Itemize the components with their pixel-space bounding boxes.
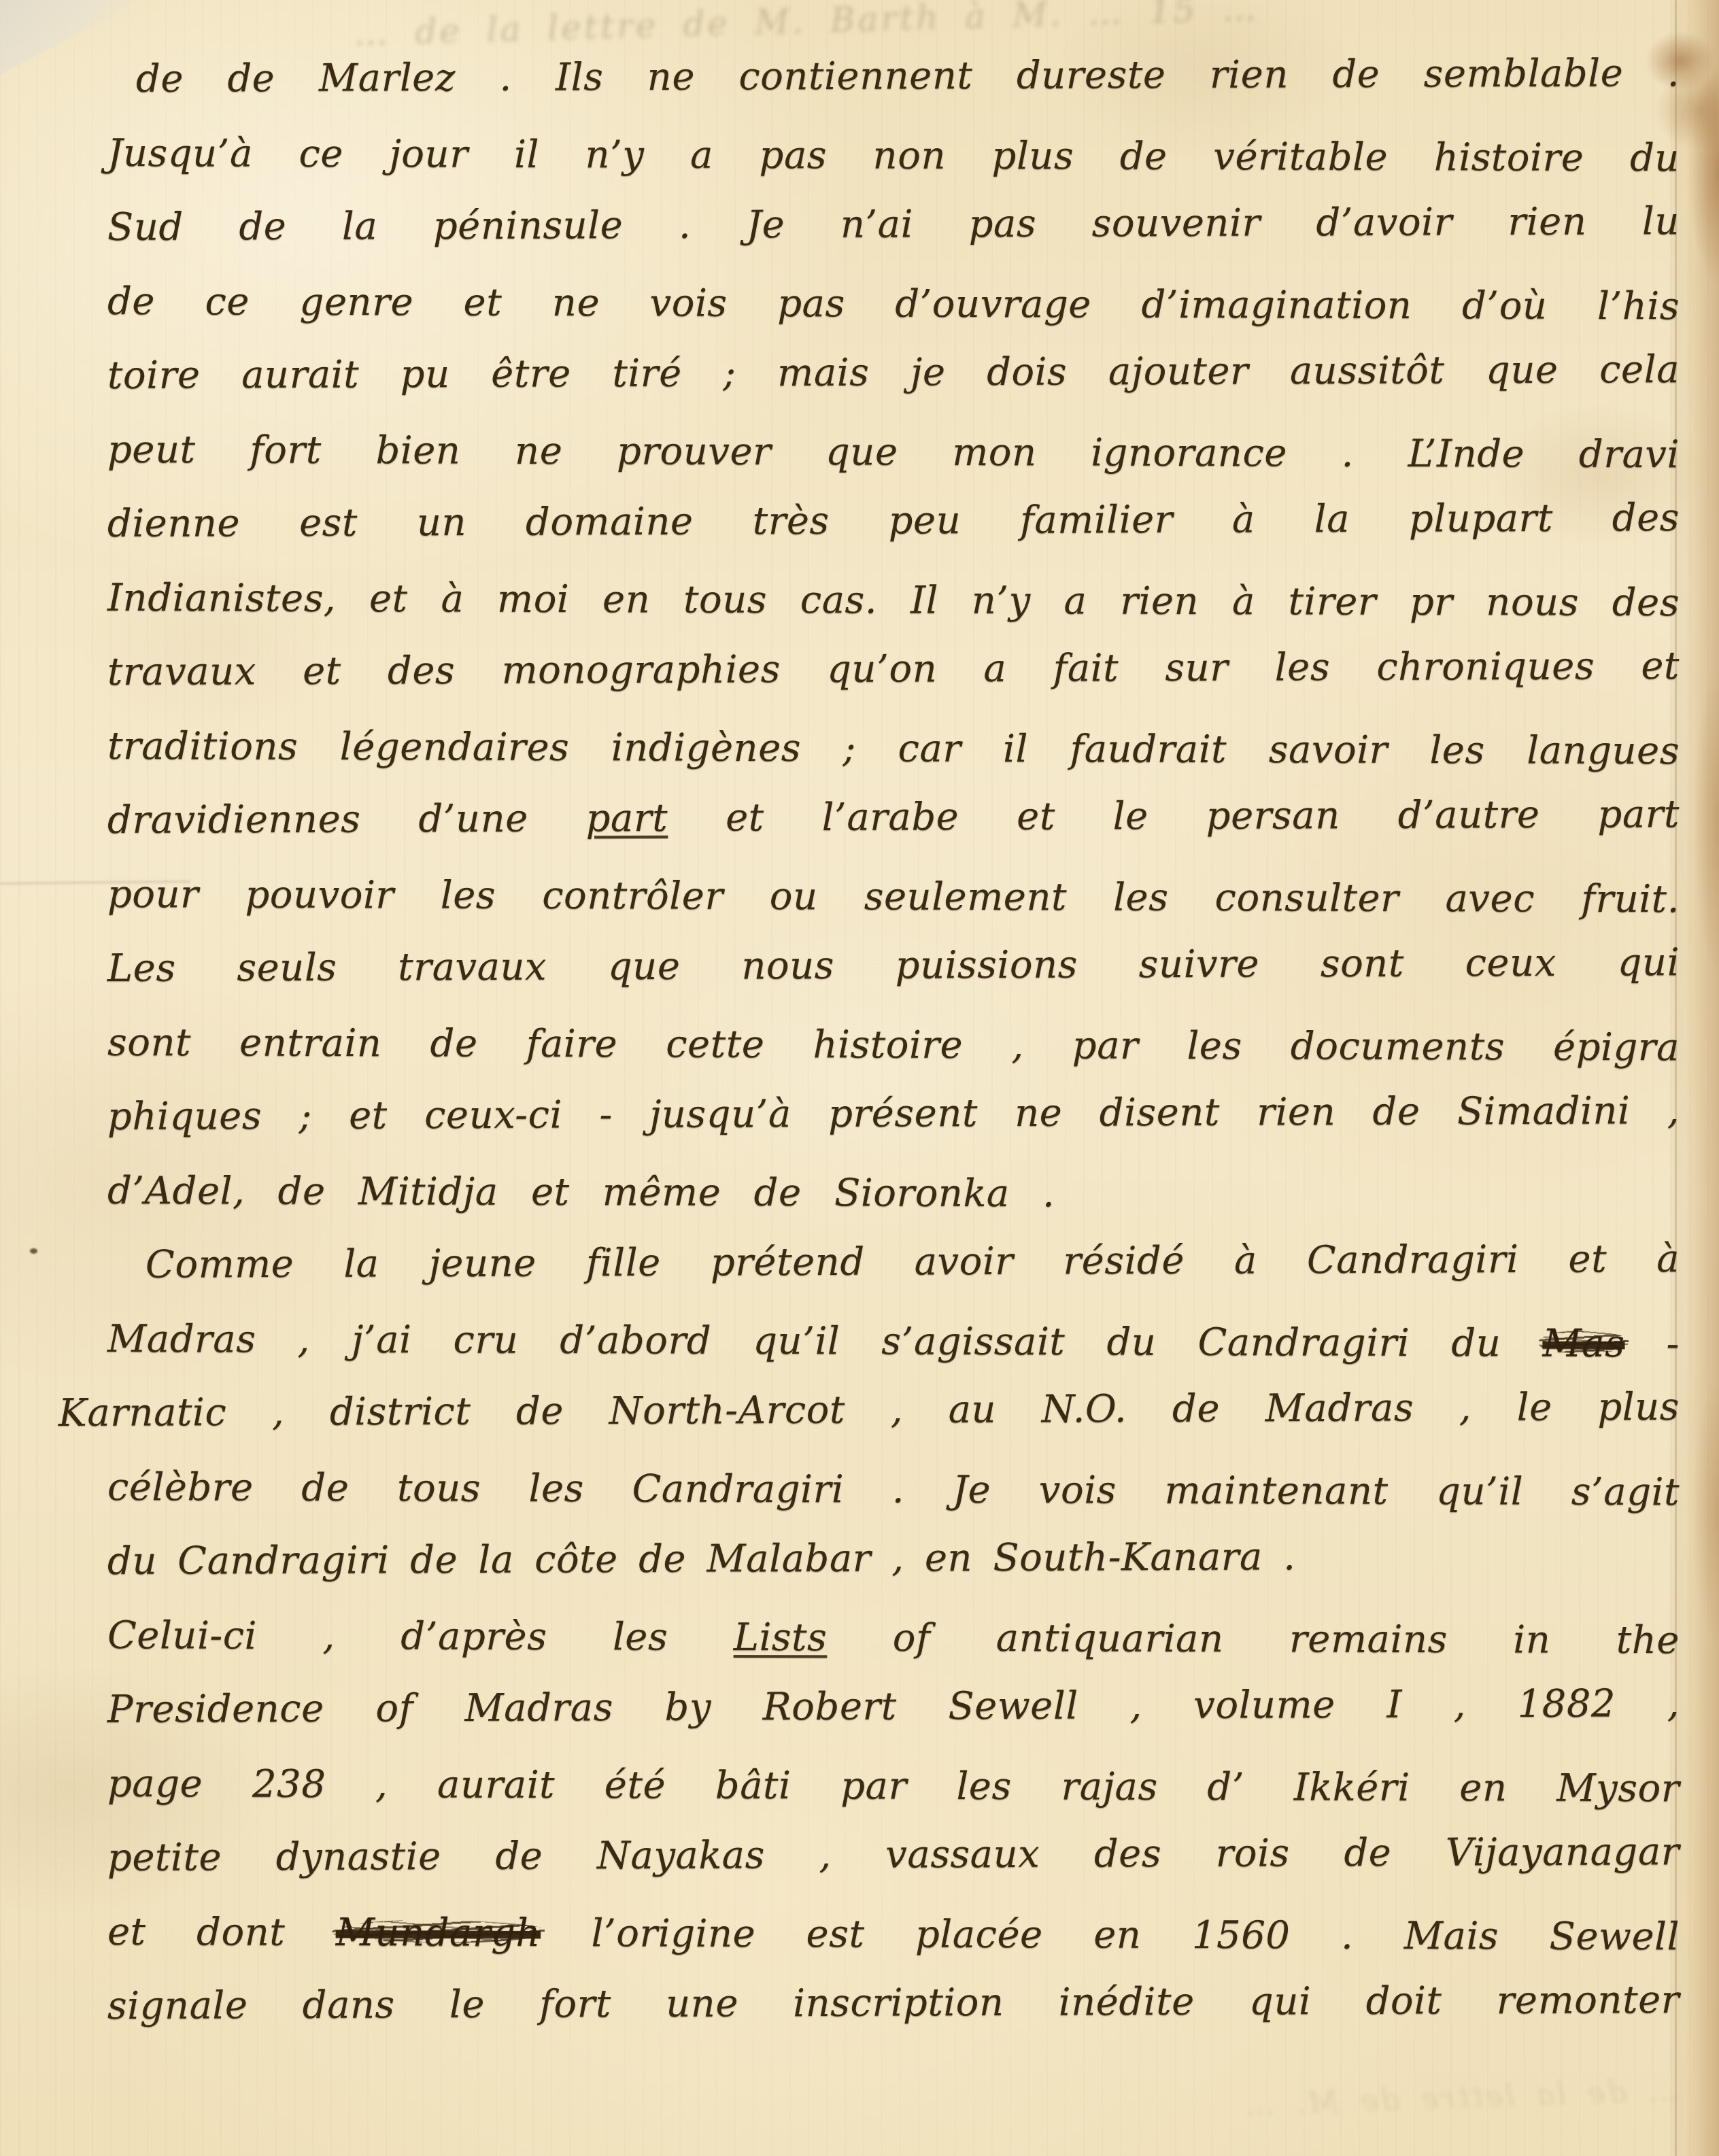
- manuscript-line: travaux et des monographies qu’on a fait…: [107, 629, 1680, 709]
- manuscript-line: et dont Mundargh l’origine est placée en…: [107, 1895, 1680, 1974]
- text-run: du Candragiri de la côte de Malabar , en…: [107, 1535, 1296, 1584]
- text-run: toire aurait pu être tiré ; mais je dois…: [107, 347, 1680, 398]
- manuscript-line: sont entrain de faire cette histoire , p…: [107, 1006, 1680, 1084]
- text-run: Presidence of Madras by Robert Sewell , …: [107, 1681, 1680, 1732]
- manuscript-line: Karnatic , district de North-Arcot , au …: [58, 1370, 1680, 1450]
- manuscript-line: du Candragiri de la côte de Malabar , en…: [107, 1518, 1680, 1598]
- text-run: sont entrain de faire cette histoire , p…: [107, 1021, 1680, 1070]
- text-run: page 238 , aurait été bâti par les rajas…: [107, 1762, 1680, 1811]
- manuscript-line: toire aurait pu être tiré ; mais je dois…: [107, 332, 1680, 413]
- manuscript-line: peut fort bien ne prouver que mon ignora…: [107, 413, 1680, 492]
- manuscript-line: Presidence of Madras by Robert Sewell , …: [107, 1666, 1680, 1747]
- text-run: -: [1624, 1322, 1680, 1366]
- text-run: traditions légendaires indigènes ; car i…: [107, 724, 1680, 773]
- manuscript-line: Les seuls travaux que nous puissions sui…: [107, 925, 1680, 1006]
- text-run: Indianistes, et à moi en tous cas. Il n’…: [107, 576, 1680, 625]
- text-run: petite dynastie de Nayakas , vassaux des…: [107, 1830, 1680, 1880]
- text-run: d’Adel, de Mitidja et même de Sioronka .: [107, 1169, 1055, 1216]
- manuscript-line: dravidiennes d’une part et l’arabe et le…: [107, 777, 1680, 857]
- manuscript-lines: de de Marlez . Ils ne contiennent durest…: [107, 42, 1680, 2043]
- text-run: Karnatic , district de North-Arcot , au …: [58, 1385, 1680, 1435]
- text-run: Comme la jeune fille prétend avoir résid…: [146, 1237, 1680, 1287]
- text-run: de de Marlez . Ils ne contiennent durest…: [136, 51, 1680, 101]
- scratched-out-word: Mas: [1542, 1322, 1624, 1366]
- manuscript-line: Comme la jeune fille prétend avoir résid…: [107, 1222, 1680, 1302]
- manuscript-line: de ce genre et ne vois pas d’ouvrage d’i…: [107, 264, 1680, 343]
- text-run: phiques ; et ceux-ci - jusqu’à présent n…: [107, 1089, 1680, 1139]
- manuscript-line: Jusqu’à ce jour il n’y a pas non plus de…: [107, 116, 1680, 195]
- ink-speck: [30, 1248, 37, 1254]
- text-run: l’origine est placée en 1560 . Mais Sewe…: [541, 1911, 1680, 1959]
- underlined-word: Lists: [734, 1615, 828, 1660]
- text-run: Madras , j’ai cru d’abord qu’il s’agissa…: [107, 1317, 1543, 1366]
- underlined-word: part: [586, 796, 668, 840]
- text-run: dravidiennes d’une: [107, 796, 586, 842]
- manuscript-line: signale dans le fort une inscription iné…: [107, 1963, 1680, 2043]
- manuscript-line: petite dynastie de Nayakas , vassaux des…: [107, 1815, 1680, 1895]
- manuscript-line: traditions légendaires indigènes ; car i…: [107, 709, 1680, 788]
- text-run: peut fort bien ne prouver que mon ignora…: [107, 428, 1680, 477]
- text-run: et l’arabe et le persan d’autre part: [668, 792, 1680, 840]
- text-run: Les seuls travaux que nous puissions sui…: [107, 940, 1680, 991]
- manuscript-line: Sud de la péninsule . Je n’ai pas souven…: [107, 184, 1680, 264]
- manuscript-line: célèbre de tous les Candragiri . Je vois…: [107, 1450, 1680, 1529]
- page-right-edge: [1674, 0, 1719, 2156]
- text-run: Jusqu’à ce jour il n’y a pas non plus de…: [107, 131, 1680, 180]
- manuscript-line: Indianistes, et à moi en tous cas. Il n’…: [107, 561, 1680, 640]
- manuscript-line: dienne est un domaine très peu familier …: [107, 481, 1680, 561]
- text-run: dienne est un domaine très peu familier …: [107, 496, 1680, 546]
- text-run: et dont: [107, 1910, 336, 1955]
- text-run: Sud de la péninsule . Je n’ai pas souven…: [107, 199, 1680, 250]
- text-run: pour pouvoir les contrôler ou seulement …: [107, 872, 1680, 921]
- text-run: Celui-ci , d’après les: [107, 1613, 734, 1660]
- manuscript-line: page 238 , aurait été bâti par les rajas…: [107, 1747, 1680, 1826]
- manuscript-line: phiques ; et ceux-ci - jusqu’à présent n…: [107, 1074, 1680, 1154]
- manuscript-line: pour pouvoir les contrôler ou seulement …: [107, 857, 1680, 936]
- manuscript-line: Madras , j’ai cru d’abord qu’il s’agissa…: [107, 1302, 1680, 1381]
- scratched-out-word: Mundargh: [336, 1911, 541, 1955]
- text-run: de ce genre et ne vois pas d’ouvrage d’i…: [107, 279, 1680, 328]
- manuscript-line: Celui-ci , d’après les Lists of antiquar…: [107, 1598, 1680, 1677]
- text-run: signale dans le fort une inscription iné…: [107, 1978, 1680, 2028]
- manuscript-line: de de Marlez . Ils ne contiennent durest…: [107, 36, 1680, 116]
- text-run: célèbre de tous les Candragiri . Je vois…: [107, 1465, 1680, 1514]
- text-run: of antiquarian remains in the: [827, 1615, 1680, 1662]
- manuscript-page: … de la lettre de M. Barth à M. … 15 … ……: [0, 0, 1719, 2156]
- manuscript-line: d’Adel, de Mitidja et même de Sioronka .: [107, 1154, 1680, 1233]
- text-run: travaux et des monographies qu’on a fait…: [107, 644, 1680, 694]
